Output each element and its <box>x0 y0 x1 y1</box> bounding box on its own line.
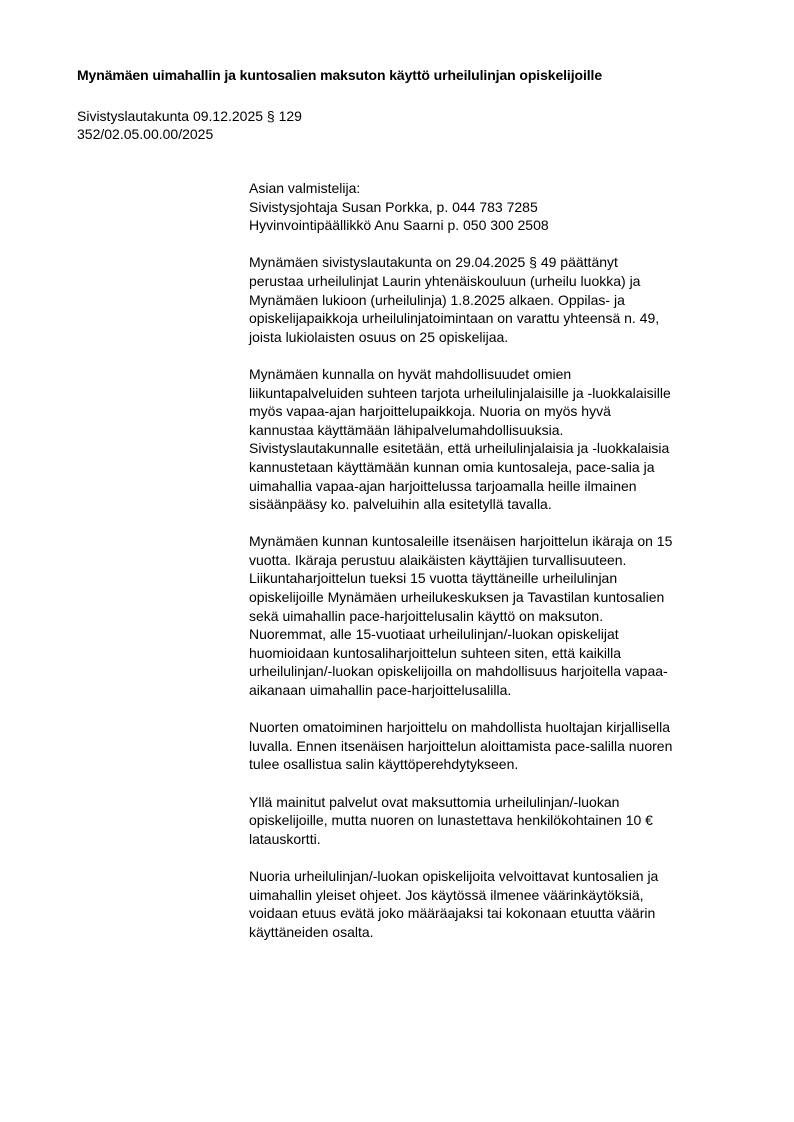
text-line: aikanaan uimahallin pace-harjoittelusali… <box>249 681 749 700</box>
text-line: voidaan etuus evätä joko määräajaksi tai… <box>249 904 749 923</box>
text-line: Nuorten omatoiminen harjoittelu on mahdo… <box>249 718 749 737</box>
meeting-reference: Sivistyslautakunta 09.12.2025 § 129 <box>77 107 302 125</box>
text-line: luvalla. Ennen itsenäisen harjoittelun a… <box>249 737 749 756</box>
body-paragraph: Yllä mainitut palvelut ovat maksuttomia … <box>249 793 749 849</box>
body-paragraph: Mynämäen kunnalla on hyvät mahdollisuude… <box>249 365 749 514</box>
text-line: latauskortti. <box>249 830 749 849</box>
text-line: uimahallin yleiset ohjeet. Jos käytössä … <box>249 886 749 905</box>
text-line: opiskelijoille, mutta nuoren on lunastet… <box>249 811 749 830</box>
text-line: perustaa urheilulinjat Laurin yhtenäisko… <box>249 272 749 291</box>
text-line: sisäänpääsy ko. palveluihin alla esitety… <box>249 495 749 514</box>
record-id: 352/02.05.00.00/2025 <box>77 125 302 143</box>
text-line: vuotta. Ikäraja perustuu alaikäisten käy… <box>249 551 749 570</box>
text-line: Hyvinvointipäällikkö Anu Saarni p. 050 3… <box>249 216 749 235</box>
text-line: Sivistyslautakunnalle esitetään, että ur… <box>249 439 749 458</box>
text-line: sekä uimahallin pace-harjoittelusalin kä… <box>249 607 749 626</box>
text-line: uimahallia vapaa-ajan harjoittelussa tar… <box>249 477 749 496</box>
text-line: liikuntapalveluiden suhteen tarjota urhe… <box>249 384 749 403</box>
text-line: opiskelijoille Mynämäen urheilukeskuksen… <box>249 588 749 607</box>
body-paragraph: Nuorten omatoiminen harjoittelu on mahdo… <box>249 718 749 774</box>
text-line: kannustaa käyttämään lähipalvelumahdolli… <box>249 421 749 440</box>
text-line: Nuoria urheilulinjan/-luokan opiskelijoi… <box>249 867 749 886</box>
preparer-info: Asian valmistelija:Sivistysjohtaja Susan… <box>249 179 749 235</box>
document-title: Mynämäen uimahallin ja kuntosalien maksu… <box>77 67 602 83</box>
text-line: Nuoremmat, alle 15-vuotiaat urheilulinja… <box>249 625 749 644</box>
text-line: kannustetaan käyttämään kunnan omia kunt… <box>249 458 749 477</box>
body-paragraph: Nuoria urheilulinjan/-luokan opiskelijoi… <box>249 867 749 941</box>
text-line: Mynämäen sivistyslautakunta on 29.04.202… <box>249 253 749 272</box>
meeting-info: Sivistyslautakunta 09.12.2025 § 129 352/… <box>77 107 302 143</box>
text-line: urheilulinjan/-luokan opiskelijoilla on … <box>249 662 749 681</box>
text-line: Mynämäen kunnan kuntosaleille itsenäisen… <box>249 532 749 551</box>
text-line: tulee osallistua salin käyttöperehdytyks… <box>249 755 749 774</box>
text-line: opiskelijapaikkoja urheilulinjatoimintaa… <box>249 309 749 328</box>
text-line: Yllä mainitut palvelut ovat maksuttomia … <box>249 793 749 812</box>
text-line: Mynämäen kunnalla on hyvät mahdollisuude… <box>249 365 749 384</box>
document-body: Asian valmistelija:Sivistysjohtaja Susan… <box>249 179 749 960</box>
text-line: myös vapaa-ajan harjoittelupaikkoja. Nuo… <box>249 402 749 421</box>
text-line: käyttäneiden osalta. <box>249 923 749 942</box>
body-paragraph: Mynämäen sivistyslautakunta on 29.04.202… <box>249 253 749 346</box>
text-line: joista lukiolaisten osuus on 25 opiskeli… <box>249 328 749 347</box>
text-line: huomioidaan kuntosaliharjoittelun suhtee… <box>249 644 749 663</box>
text-line: Asian valmistelija: <box>249 179 749 198</box>
text-line: Liikuntaharjoittelun tueksi 15 vuotta tä… <box>249 569 749 588</box>
text-line: Sivistysjohtaja Susan Porkka, p. 044 783… <box>249 198 749 217</box>
body-paragraph: Mynämäen kunnan kuntosaleille itsenäisen… <box>249 532 749 699</box>
text-line: Mynämäen lukioon (urheilulinja) 1.8.2025… <box>249 291 749 310</box>
